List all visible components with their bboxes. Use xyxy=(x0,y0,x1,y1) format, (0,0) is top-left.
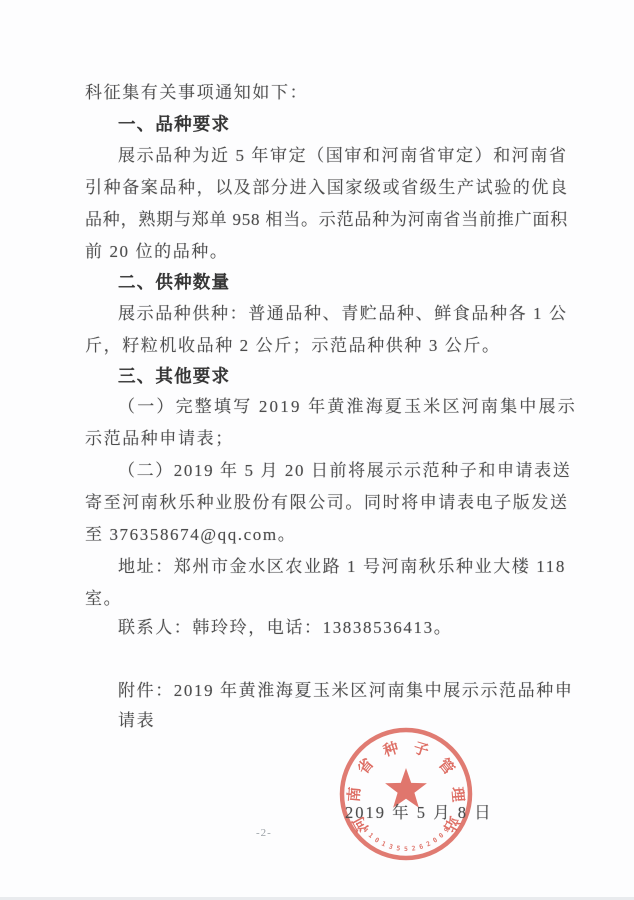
body-line: 科征集有关事项通知如下： xyxy=(85,82,308,104)
seal-graphic: 河南省种子管理站4101355262009 xyxy=(336,724,476,864)
body-line: 前 20 位的品种。 xyxy=(85,241,229,263)
seal-code-digit: 0 xyxy=(437,831,445,840)
body-line: 地址：郑州市金水区农业路 1 号河南秋乐种业大楼 118 xyxy=(118,556,566,578)
seal-org-char: 种 xyxy=(380,738,401,760)
section-heading-2: 二、供种数量 xyxy=(118,271,230,293)
seal-code-digit: 1 xyxy=(380,840,387,849)
seal-code-digit: 5 xyxy=(396,844,401,852)
body-line: （一）完整填写 2019 年黄淮海夏玉米区河南集中展示 xyxy=(118,396,577,418)
seal-code-digit: 2 xyxy=(411,844,416,852)
issue-date: 2019 年 5 月 8 日 xyxy=(345,799,493,823)
seal-org-char: 管 xyxy=(435,755,458,778)
contact-line: 联系人：韩玲玲，电话：13838536413。 xyxy=(118,617,452,639)
body-line: 展示品种供种：普通品种、青贮品种、鲜食品种各 1 公 xyxy=(118,303,568,325)
seal-code-digit: 0 xyxy=(431,836,439,845)
body-line: 引种备案品种，以及部分进入国家级或省级生产试验的优良 xyxy=(85,177,569,199)
body-line: 示范品种申请表； xyxy=(85,428,234,450)
seal-code-digit: 0 xyxy=(373,836,381,845)
body-line: （二）2019 年 5 月 20 日前将展示示范种子和申请表送 xyxy=(118,460,571,482)
seal-code-digit: 6 xyxy=(418,842,424,851)
seal-org-char: 子 xyxy=(411,739,430,760)
section-heading-3: 三、其他要求 xyxy=(118,365,230,387)
body-line: 室。 xyxy=(85,588,122,610)
body-line: 展示品种为近 5 年审定（国审和河南省审定）和河南省 xyxy=(118,145,568,167)
attachment-line-2: 请表 xyxy=(118,710,155,732)
body-line: 寄至河南秋乐种业股份有限公司。同时将申请表电子版发送 xyxy=(85,492,569,514)
seal-code-digit: 1 xyxy=(367,831,375,840)
seal-code-digit: 5 xyxy=(404,845,408,853)
body-line: 斤，籽粒机收品种 2 公斤；示范品种供种 3 公斤。 xyxy=(85,335,501,357)
page-number: -2- xyxy=(256,827,272,839)
section-heading-1: 一、品种要求 xyxy=(118,113,230,135)
official-seal: 河南省种子管理站4101355262009 xyxy=(336,724,476,864)
seal-org-char: 省 xyxy=(355,755,378,777)
body-line: 至 376358674@qq.com。 xyxy=(85,524,296,546)
seal-code-digit: 2 xyxy=(425,840,432,849)
attachment-line: 附件：2019 年黄淮海夏玉米区河南集中展示示范品种申 xyxy=(118,680,573,702)
seal-code-digit: 3 xyxy=(388,842,394,851)
document-page: 科征集有关事项通知如下： 一、品种要求 展示品种为近 5 年审定（国审和河南省审… xyxy=(0,0,634,900)
body-line: 品种，熟期与郑单 958 相当。示范品种为河南省当前推广面积 xyxy=(85,209,568,231)
